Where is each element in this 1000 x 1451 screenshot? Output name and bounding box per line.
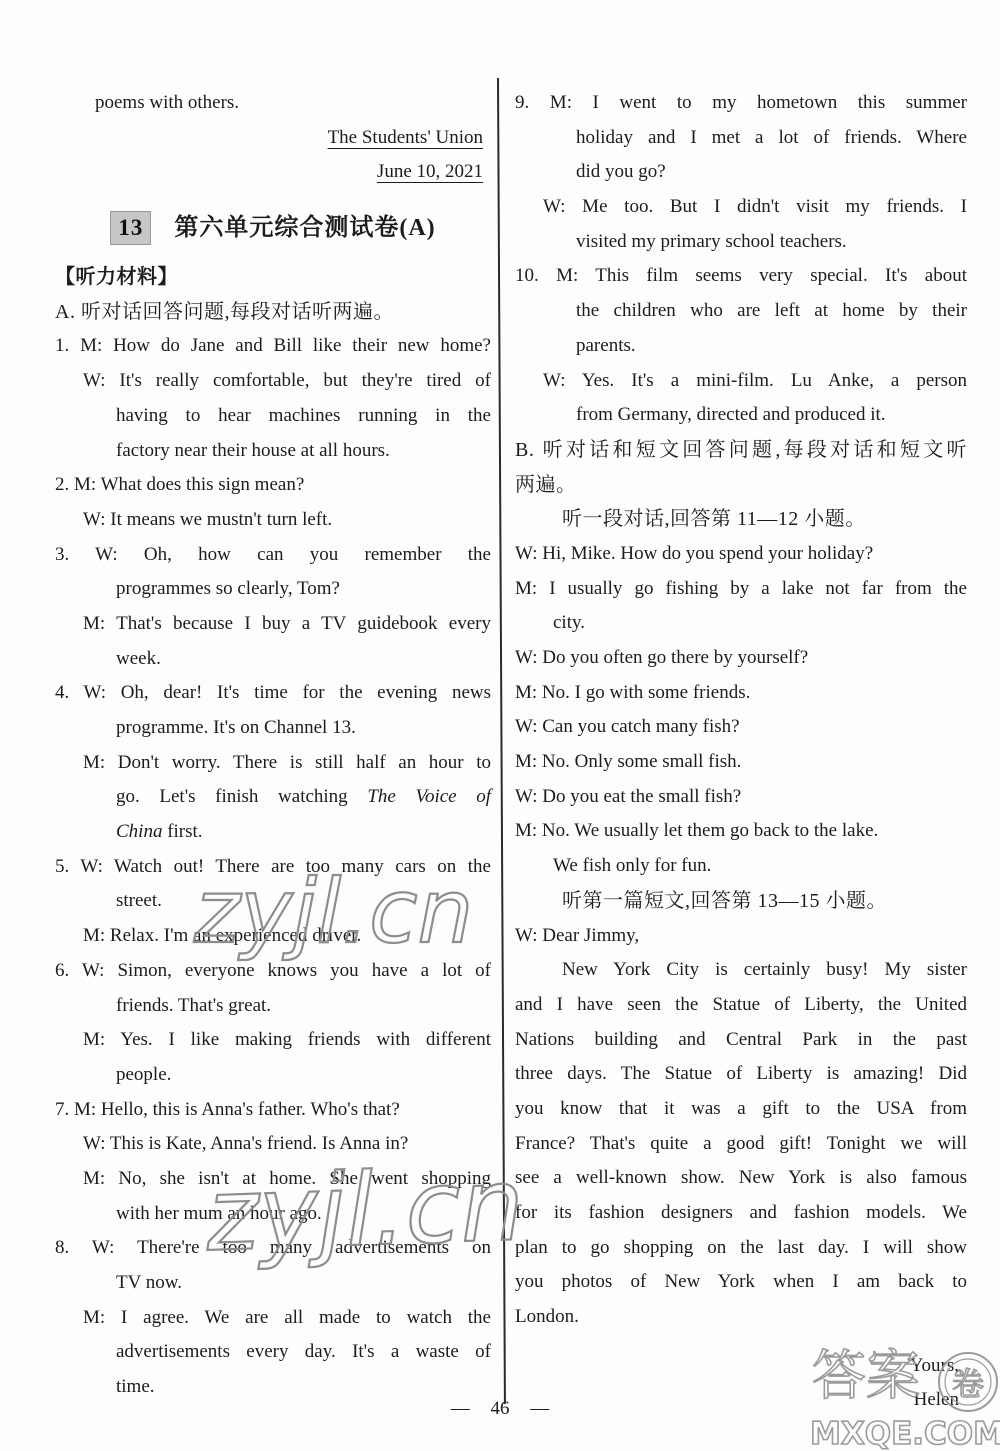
text-line: 2. M: What does this sign mean? — [55, 468, 491, 503]
text-line: friends. That's great. — [116, 989, 491, 1024]
text-line: The Students' Union — [55, 121, 483, 156]
text-line: for its fashion designers and fashion mo… — [515, 1196, 967, 1231]
text-line: city. — [553, 606, 967, 641]
text-line: 7. M: Hello, this is Anna's father. Who'… — [55, 1093, 491, 1128]
text-line: W: Do you eat the small fish? — [515, 780, 967, 815]
italic-text-run: China — [116, 821, 162, 842]
text-line: Nations building and Central Park in the… — [515, 1023, 967, 1058]
text-line: W: It's really comfortable, but they're … — [83, 364, 491, 399]
lesson-number-badge: 13 — [110, 211, 151, 245]
text-line: France? That's quite a good gift! Tonigh… — [515, 1127, 967, 1162]
text-line: 8. W: There're too many advertisements o… — [55, 1231, 491, 1266]
text-line: W: It means we mustn't turn left. — [83, 503, 491, 538]
text-line: 听一段对话,回答第 11—12 小题。 — [562, 502, 967, 537]
listening-material-right: 9. M: I went to my hometown this summerh… — [515, 86, 967, 1418]
text-line: holiday and I met a lot of friends. Wher… — [576, 121, 967, 156]
text-line: W: Do you often go there by yourself? — [515, 641, 967, 676]
text-line: 4. W: Oh, dear! It's time for the evenin… — [55, 676, 491, 711]
text-line: factory near their house at all hours. — [116, 434, 491, 469]
text-line: 9. M: I went to my hometown this summer — [515, 86, 967, 121]
text-line: M: I agree. We are all made to watch the — [83, 1301, 491, 1336]
text-line: did you go? — [576, 155, 967, 190]
section-title: 第六单元综合测试卷(A) — [174, 215, 435, 241]
text-line: M: Yes. I like making friends with diffe… — [83, 1023, 491, 1058]
section-heading: 13 第六单元综合测试卷(A) — [55, 206, 491, 250]
text-line: programme. It's on Channel 13. — [116, 711, 491, 746]
text-line: advertisements every day. It's a waste o… — [116, 1335, 491, 1370]
text-line: visited my primary school teachers. — [576, 225, 967, 260]
text-line: see a well-known show. New York is also … — [515, 1161, 967, 1196]
text-line: M: Relax. I'm an experienced driver. — [83, 919, 491, 954]
text-line: plan to go shopping on the last day. I w… — [515, 1231, 967, 1266]
text-line: TV now. — [116, 1266, 491, 1301]
listening-material-left: 【听力材料】A. 听对话回答问题,每段对话听两遍。1. M: How do Ja… — [55, 260, 491, 1405]
italic-text-run: The Voice of — [367, 786, 491, 807]
text-line: 【听力材料】 — [55, 260, 491, 295]
text-line: three days. The Statue of Liberty is ama… — [515, 1057, 967, 1092]
text-line: London. — [515, 1300, 967, 1335]
text-line: M: No. We usually let them go back to th… — [515, 814, 967, 849]
text-line: 两遍。 — [515, 468, 967, 503]
text-line: people. — [116, 1058, 491, 1093]
text-line: June 10, 2021 — [55, 155, 483, 190]
text-line: street. — [116, 884, 491, 919]
text-line: the children who are left at home by the… — [576, 294, 967, 329]
text-line: New York City is certainly busy! My sist… — [562, 953, 967, 988]
text-line: M: Don't worry. There is still half an h… — [83, 746, 491, 781]
left-column: poems with others.The Students' UnionJun… — [55, 86, 491, 1405]
text-line: from Germany, directed and produced it. — [576, 398, 967, 433]
text-line: 听第一篇短文,回答第 13—15 小题。 — [562, 884, 967, 919]
text-line: A. 听对话回答问题,每段对话听两遍。 — [55, 295, 491, 330]
text-line: week. — [116, 642, 491, 677]
text-line: 3. W: Oh, how can you remember the — [55, 538, 491, 573]
right-column: 9. M: I went to my hometown this summerh… — [515, 86, 967, 1418]
text-line: Yours, — [515, 1349, 959, 1384]
text-line: We fish only for fun. — [553, 849, 967, 884]
text-line: poems with others. — [95, 86, 491, 121]
text-line: W: Can you catch many fish? — [515, 710, 967, 745]
text-line: M: No. I go with some friends. — [515, 676, 967, 711]
text-run: go. Let's finish watching — [116, 786, 367, 807]
text-line: M: No. Only some small fish. — [515, 745, 967, 780]
watermark-site-text: MXQE.COM — [810, 1416, 1000, 1451]
text-line: programmes so clearly, Tom? — [116, 572, 491, 607]
text-line: you know that it was a gift to the USA f… — [515, 1092, 967, 1127]
text-line: go. Let's finish watching The Voice of — [116, 780, 491, 815]
text-line: W: Me too. But I didn't visit my friends… — [543, 190, 967, 225]
text-line: with her mum an hour ago. — [116, 1197, 491, 1232]
text-line: W: Yes. It's a mini-film. Lu Anke, a per… — [543, 364, 967, 399]
text-line: 1. M: How do Jane and Bill like their ne… — [55, 329, 491, 364]
text-line: parents. — [576, 329, 967, 364]
text-run: first. — [162, 821, 202, 842]
scanned-answer-page: poems with others.The Students' UnionJun… — [0, 0, 1000, 1451]
text-line: 5. W: Watch out! There are too many cars… — [55, 850, 491, 885]
text-line: China first. — [116, 815, 491, 850]
text-line: 10. M: This film seems very special. It'… — [515, 259, 967, 294]
text-line: M: I usually go fishing by a lake not fa… — [515, 572, 967, 607]
text-line: W: Dear Jimmy, — [515, 919, 967, 954]
text-line: M: That's because I buy a TV guidebook e… — [83, 607, 491, 642]
column-divider — [497, 78, 506, 1404]
page-number: — 46 — — [0, 1398, 1000, 1420]
text-line: having to hear machines running in the — [116, 399, 491, 434]
previous-letter-closing: poems with others.The Students' UnionJun… — [55, 86, 491, 190]
text-line: M: No, she isn't at home. She went shopp… — [83, 1162, 491, 1197]
text-line: W: This is Kate, Anna's friend. Is Anna … — [83, 1127, 491, 1162]
text-line: you photos of New York when I am back to — [515, 1265, 967, 1300]
text-line: 6. W: Simon, everyone knows you have a l… — [55, 954, 491, 989]
text-line: and I have seen the Statue of Liberty, t… — [515, 988, 967, 1023]
text-line: B. 听对话和短文回答问题,每段对话和短文听 — [515, 433, 967, 468]
text-line: W: Hi, Mike. How do you spend your holid… — [515, 537, 967, 572]
